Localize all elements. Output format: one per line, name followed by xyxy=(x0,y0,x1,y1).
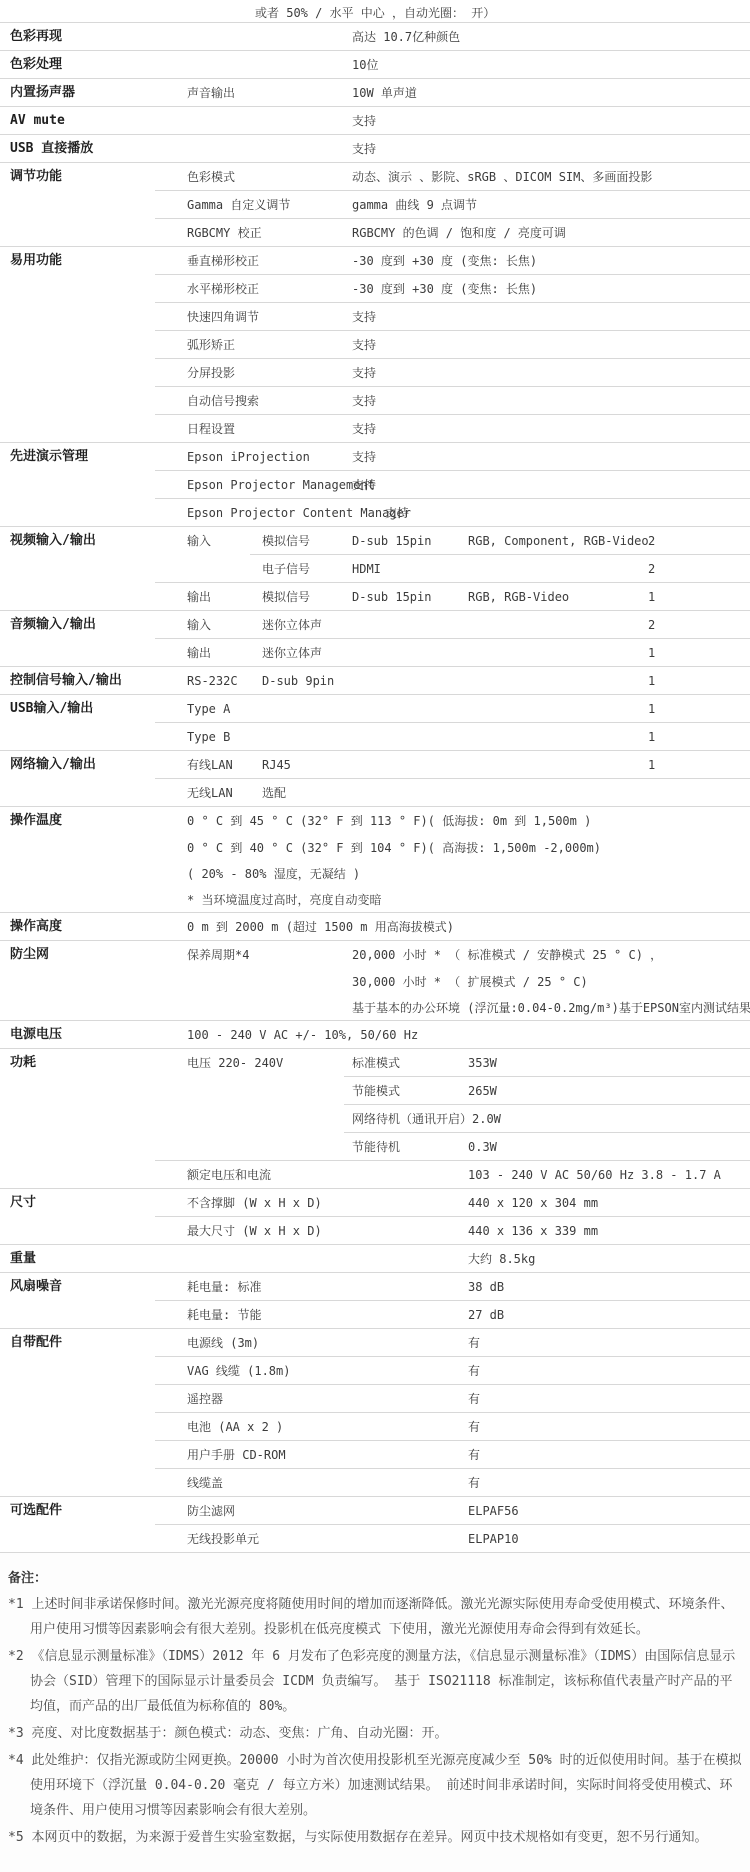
spec-value: RGBCMY 的色调 / 饱和度 / 亮度可调 xyxy=(352,226,566,240)
table-row: 音频输入/输出 输入 迷你立体声 2 xyxy=(0,611,750,639)
spec-label: 输入 xyxy=(187,618,211,632)
spec-value: D-sub 15pin xyxy=(352,590,431,604)
spec-label: 输出 xyxy=(187,646,211,660)
spec-label: 电池 (AA x 2 ) xyxy=(187,1420,283,1434)
spec-value: 迷你立体声 xyxy=(262,618,322,632)
table-row: 输出 迷你立体声 1 xyxy=(0,639,750,667)
spec-value: 38 dB xyxy=(468,1280,504,1294)
spec-category-label: 先进演示管理 xyxy=(10,450,88,464)
table-row: * 当环境温度过高时，亮度自动变暗 xyxy=(0,887,750,913)
spec-category-label: 色彩处理 xyxy=(10,58,62,72)
spec-value: 有 xyxy=(468,1364,480,1378)
spec-category-label: 视频输入/输出 xyxy=(10,534,96,548)
spec-label: 模拟信号 xyxy=(262,590,310,604)
table-row: ( 20% - 80% 湿度，无凝结 ) xyxy=(0,861,750,887)
spec-label: Type B xyxy=(187,730,230,744)
table-row: 视频输入/输出 输入 模拟信号 D-sub 15pin RGB, Compone… xyxy=(0,527,750,555)
spec-value: 10W 单声道 xyxy=(352,86,417,100)
spec-label: Epson Projector Content Manager xyxy=(187,506,411,520)
table-row: 电源电压 100 - 240 V AC +/- 10%, 50/60 Hz xyxy=(0,1021,750,1049)
table-row: 内置扬声器 声音输出 10W 单声道 xyxy=(0,79,750,107)
spec-label: 水平梯形校正 xyxy=(187,282,259,296)
spec-value: gamma 曲线 9 点调节 xyxy=(352,198,477,212)
footnote-1: *1 上述时间非承诺保修时间。激光光源亮度将随使用时间的增加而逐渐降低。激光光源… xyxy=(8,1592,742,1642)
table-row: 线缆盖 有 xyxy=(0,1469,750,1497)
spec-label: Gamma 自定义调节 xyxy=(187,198,290,212)
spec-value: 有 xyxy=(468,1476,480,1490)
spec-value: 选配 xyxy=(262,786,286,800)
spec-label: 弧形矫正 xyxy=(187,338,235,352)
spec-category-label: 控制信号输入/输出 xyxy=(10,674,122,688)
spec-value: 10位 xyxy=(352,58,378,72)
table-row: 先进演示管理 Epson iProjection 支持 xyxy=(0,443,750,471)
table-row: 无线投影单元 ELPAP10 xyxy=(0,1525,750,1553)
table-row: 可选配件 防尘滤网 ELPAF56 xyxy=(0,1497,750,1525)
table-row: AV mute 支持 xyxy=(0,107,750,135)
table-row: USB输入/输出 Type A 1 xyxy=(0,695,750,723)
spec-value: ( 20% - 80% 湿度，无凝结 ) xyxy=(187,867,360,881)
spec-count: 1 xyxy=(648,758,655,772)
spec-value: 27 dB xyxy=(468,1308,504,1322)
footnotes-section: 备注： *1 上述时间非承诺保修时间。激光光源亮度将随使用时间的增加而逐渐降低。… xyxy=(0,1553,750,1872)
table-row: 色彩处理 10位 xyxy=(0,51,750,79)
spec-count: 1 xyxy=(648,674,655,688)
spec-label: RS-232C xyxy=(187,674,238,688)
spec-label: 垂直梯形校正 xyxy=(187,254,259,268)
table-row: 分屏投影 支持 xyxy=(0,359,750,387)
spec-category-label: USB 直接播放 xyxy=(10,142,93,156)
spec-label: 分屏投影 xyxy=(187,366,235,380)
table-row: 节能待机 0.3W xyxy=(0,1133,750,1161)
spec-count: 2 xyxy=(648,618,655,632)
spec-label: 保养周期*4 xyxy=(187,948,249,962)
spec-label: 有线LAN xyxy=(187,758,233,772)
footnote-3: *3 亮度、对比度数据基于：颜色模式：动态、变焦：广角、自动光圈：开。 xyxy=(8,1721,742,1746)
spec-value: 支持 xyxy=(352,310,376,324)
spec-label: 节能待机 xyxy=(352,1140,400,1154)
spec-label: 用户手册 CD-ROM xyxy=(187,1448,286,1462)
table-row: 快速四角调节 支持 xyxy=(0,303,750,331)
spec-category-label: 风扇噪音 xyxy=(10,1280,62,1294)
table-row: 无线LAN 选配 xyxy=(0,779,750,807)
table-row: 控制信号输入/输出 RS-232C D-sub 9pin 1 xyxy=(0,667,750,695)
spec-value: 103 - 240 V AC 50/60 Hz 3.8 - 1.7 A xyxy=(468,1168,721,1182)
spec-value: 支持 xyxy=(352,422,376,436)
spec-category-label: 音频输入/输出 xyxy=(10,618,96,632)
table-row: 耗电量: 节能 27 dB xyxy=(0,1301,750,1329)
spec-label: 电压 220- 240V xyxy=(187,1056,283,1070)
spec-value: 基于基本的办公环境 (浮沉量:0.04-0.2mg/m³)基于EPSON室内测试… xyxy=(352,1001,750,1015)
table-row: 风扇噪音 耗电量: 标准 38 dB xyxy=(0,1273,750,1301)
spec-value: 353W xyxy=(468,1056,497,1070)
table-row: 或者 50% / 水平 中心 ，自动光圈： 开） xyxy=(0,2,750,23)
spec-value: 0 ° C 到 40 ° C (32° F 到 104 ° F)( 高海拔: 1… xyxy=(187,841,601,855)
spec-value: 有 xyxy=(468,1420,480,1434)
spec-category-label: 自带配件 xyxy=(10,1336,62,1350)
spec-label: 防尘滤网 xyxy=(187,1504,235,1518)
spec-value: 支持 xyxy=(352,478,376,492)
table-row: 易用功能 垂直梯形校正 -30 度到 +30 度 (变焦: 长焦) xyxy=(0,247,750,275)
spec-category-label: USB输入/输出 xyxy=(10,702,93,716)
spec-count: 1 xyxy=(648,646,655,660)
spec-value: 有 xyxy=(468,1336,480,1350)
table-row: 最大尺寸 (W x H x D) 440 x 136 x 339 mm xyxy=(0,1217,750,1245)
spec-category-label: 易用功能 xyxy=(10,254,62,268)
spec-value: -30 度到 +30 度 (变焦: 长焦) xyxy=(352,254,537,268)
spec-category-label: 内置扬声器 xyxy=(10,86,75,100)
spec-value: 支持 xyxy=(352,142,376,156)
spec-label: 不含撑脚 (W x H x D) xyxy=(187,1196,322,1210)
spec-count: 1 xyxy=(648,702,655,716)
spec-value: * 当环境温度过高时，亮度自动变暗 xyxy=(187,893,381,907)
table-row: 用户手册 CD-ROM 有 xyxy=(0,1441,750,1469)
spec-value: D-sub 9pin xyxy=(262,674,334,688)
spec-value: 大约 8.5kg xyxy=(468,1252,535,1266)
table-row: 额定电压和电流 103 - 240 V AC 50/60 Hz 3.8 - 1.… xyxy=(0,1161,750,1189)
spec-label: VAG 线缆 (1.8m) xyxy=(187,1364,290,1378)
spec-label: Type A xyxy=(187,702,230,716)
continuation-text: 或者 50% / 水平 中心 ，自动光圈： 开） xyxy=(255,6,495,20)
spec-category-label: 功耗 xyxy=(10,1056,36,1070)
spec-value: 440 x 136 x 339 mm xyxy=(468,1224,598,1238)
table-row: 尺寸 不含撑脚 (W x H x D) 440 x 120 x 304 mm xyxy=(0,1189,750,1217)
spec-value: D-sub 15pin xyxy=(352,534,431,548)
table-row: Type B 1 xyxy=(0,723,750,751)
spec-value: 支持 xyxy=(352,450,376,464)
table-row: 水平梯形校正 -30 度到 +30 度 (变焦: 长焦) xyxy=(0,275,750,303)
spec-value: 有 xyxy=(468,1392,480,1406)
spec-value: 0 ° C 到 45 ° C (32° F 到 113 ° F)( 低海拔: 0… xyxy=(187,814,591,828)
table-row: Epson Projector Management 支持 xyxy=(0,471,750,499)
table-row: 30,000 小时 * （ 扩展模式 / 25 ° C) xyxy=(0,969,750,995)
spec-count: 2 xyxy=(648,562,655,576)
table-row: 自动信号搜索 支持 xyxy=(0,387,750,415)
spec-label: 节能模式 xyxy=(352,1084,400,1098)
spec-value: 高达 10.7亿种颜色 xyxy=(352,30,460,44)
spec-value: HDMI xyxy=(352,562,381,576)
spec-sheet-page: 或者 50% / 水平 中心 ，自动光圈： 开） 色彩再现 高达 10.7亿种颜… xyxy=(0,0,750,1872)
spec-value: 支持 xyxy=(352,114,376,128)
table-row: 自带配件 电源线 (3m) 有 xyxy=(0,1329,750,1357)
spec-label: 最大尺寸 (W x H x D) xyxy=(187,1224,322,1238)
spec-label: 自动信号搜索 xyxy=(187,394,259,408)
spec-category-label: 可选配件 xyxy=(10,1504,62,1518)
table-row: 网络待机（通讯开启）2.0W xyxy=(0,1105,750,1133)
spec-value: RGB, RGB-Video xyxy=(468,590,569,604)
spec-label: 日程设置 xyxy=(187,422,235,436)
table-row: 操作高度 0 m 到 2000 m (超过 1500 m 用高海拔模式) xyxy=(0,913,750,941)
footnotes-heading: 备注： xyxy=(8,1567,742,1586)
spec-table: 或者 50% / 水平 中心 ，自动光圈： 开） 色彩再现 高达 10.7亿种颜… xyxy=(0,0,750,1553)
spec-label: 色彩模式 xyxy=(187,170,235,184)
spec-value: RJ45 xyxy=(262,758,291,772)
spec-value: 动态、演示 、影院、sRGB 、DICOM SIM、多画面投影 xyxy=(352,170,652,184)
spec-label: RGBCMY 校正 xyxy=(187,226,262,240)
spec-value: 支持 xyxy=(352,338,376,352)
spec-value: 20,000 小时 * （ 标准模式 / 安静模式 25 ° C) ， xyxy=(352,948,662,962)
spec-label: 输入 xyxy=(187,534,211,548)
spec-label: 无线LAN xyxy=(187,786,233,800)
spec-value: 265W xyxy=(468,1084,497,1098)
spec-category-label: 电源电压 xyxy=(10,1028,62,1042)
spec-value: -30 度到 +30 度 (变焦: 长焦) xyxy=(352,282,537,296)
spec-count: 1 xyxy=(648,590,655,604)
table-row: 操作温度 0 ° C 到 45 ° C (32° F 到 113 ° F)( 低… xyxy=(0,807,750,835)
spec-label: Epson iProjection xyxy=(187,450,310,464)
table-row: Gamma 自定义调节 gamma 曲线 9 点调节 xyxy=(0,191,750,219)
spec-value: 支持 xyxy=(352,366,376,380)
table-row: 弧形矫正 支持 xyxy=(0,331,750,359)
spec-value: 100 - 240 V AC +/- 10%, 50/60 Hz xyxy=(187,1028,418,1042)
table-row: USB 直接播放 支持 xyxy=(0,135,750,163)
spec-count: 2 xyxy=(648,534,655,548)
table-row: RGBCMY 校正 RGBCMY 的色调 / 饱和度 / 亮度可调 xyxy=(0,219,750,247)
table-row: 节能模式 265W xyxy=(0,1077,750,1105)
spec-value: RGB, Component, RGB-Video xyxy=(468,534,649,548)
spec-count: 1 xyxy=(648,730,655,744)
spec-label: 额定电压和电流 xyxy=(187,1168,271,1182)
spec-category-label: 色彩再现 xyxy=(10,30,62,44)
spec-category-label: 防尘网 xyxy=(10,948,49,962)
spec-category-label: 操作高度 xyxy=(10,920,62,934)
spec-label: 线缆盖 xyxy=(187,1476,223,1490)
spec-value: 0 m 到 2000 m (超过 1500 m 用高海拔模式) xyxy=(187,920,454,934)
spec-value: 支持 xyxy=(352,394,376,408)
table-row: 功耗 电压 220- 240V 标准模式 353W xyxy=(0,1049,750,1077)
spec-label: Epson Projector Management xyxy=(187,478,375,492)
spec-value: 0.3W xyxy=(468,1140,497,1154)
footnote-2: *2 《信息显示测量标准》（IDMS）2012 年 6 月发布了色彩亮度的测量方… xyxy=(8,1644,742,1719)
spec-label: 无线投影单元 xyxy=(187,1532,259,1546)
spec-value: 30,000 小时 * （ 扩展模式 / 25 ° C) xyxy=(352,975,588,989)
spec-label: 模拟信号 xyxy=(262,534,310,548)
spec-value: 支持 xyxy=(385,506,409,520)
table-row: 日程设置 支持 xyxy=(0,415,750,443)
table-row: 电池 (AA x 2 ) 有 xyxy=(0,1413,750,1441)
table-row: 色彩再现 高达 10.7亿种颜色 xyxy=(0,23,750,51)
spec-category-label: 调节功能 xyxy=(10,170,62,184)
row-divider xyxy=(0,1552,750,1553)
table-row: 网络输入/输出 有线LAN RJ45 1 xyxy=(0,751,750,779)
spec-category-label: 网络输入/输出 xyxy=(10,758,96,772)
spec-label: 快速四角调节 xyxy=(187,310,259,324)
footnote-5: *5 本网页中的数据，为来源于爱普生实验室数据，与实际使用数据存在差异。网页中技… xyxy=(8,1825,742,1850)
spec-category-label: 尺寸 xyxy=(10,1196,36,1210)
spec-value: ELPAF56 xyxy=(468,1504,519,1518)
table-row: Epson Projector Content Manager 支持 xyxy=(0,499,750,527)
table-row: 0 ° C 到 40 ° C (32° F 到 104 ° F)( 高海拔: 1… xyxy=(0,835,750,861)
spec-label: 声音输出 xyxy=(187,86,235,100)
table-row: VAG 线缆 (1.8m) 有 xyxy=(0,1357,750,1385)
spec-value: ELPAP10 xyxy=(468,1532,519,1546)
footnote-4: *4 此处维护：仅指光源或防尘网更换。20000 小时为首次使用投影机至光源亮度… xyxy=(8,1748,742,1823)
spec-value: 网络待机（通讯开启）2.0W xyxy=(352,1112,501,1126)
table-row: 输出 模拟信号 D-sub 15pin RGB, RGB-Video 1 xyxy=(0,583,750,611)
table-row: 重量 大约 8.5kg xyxy=(0,1245,750,1273)
spec-label: 标准模式 xyxy=(352,1056,400,1070)
spec-category-label: AV mute xyxy=(10,114,65,128)
table-row: 防尘网 保养周期*4 20,000 小时 * （ 标准模式 / 安静模式 25 … xyxy=(0,941,750,969)
table-row: 遥控器 有 xyxy=(0,1385,750,1413)
spec-category-label: 重量 xyxy=(10,1252,36,1266)
table-row: 基于基本的办公环境 (浮沉量:0.04-0.2mg/m³)基于EPSON室内测试… xyxy=(0,995,750,1021)
spec-label: 输出 xyxy=(187,590,211,604)
spec-label: 电子信号 xyxy=(262,562,310,576)
spec-value: 440 x 120 x 304 mm xyxy=(468,1196,598,1210)
table-row: 电子信号 HDMI 2 xyxy=(0,555,750,583)
spec-label: 电源线 (3m) xyxy=(187,1336,259,1350)
spec-value: 有 xyxy=(468,1448,480,1462)
spec-label: 耗电量: 标准 xyxy=(187,1280,261,1294)
spec-value: 迷你立体声 xyxy=(262,646,322,660)
spec-label: 遥控器 xyxy=(187,1392,223,1406)
spec-category-label: 操作温度 xyxy=(10,814,62,828)
table-row: 调节功能 色彩模式 动态、演示 、影院、sRGB 、DICOM SIM、多画面投… xyxy=(0,163,750,191)
spec-label: 耗电量: 节能 xyxy=(187,1308,261,1322)
